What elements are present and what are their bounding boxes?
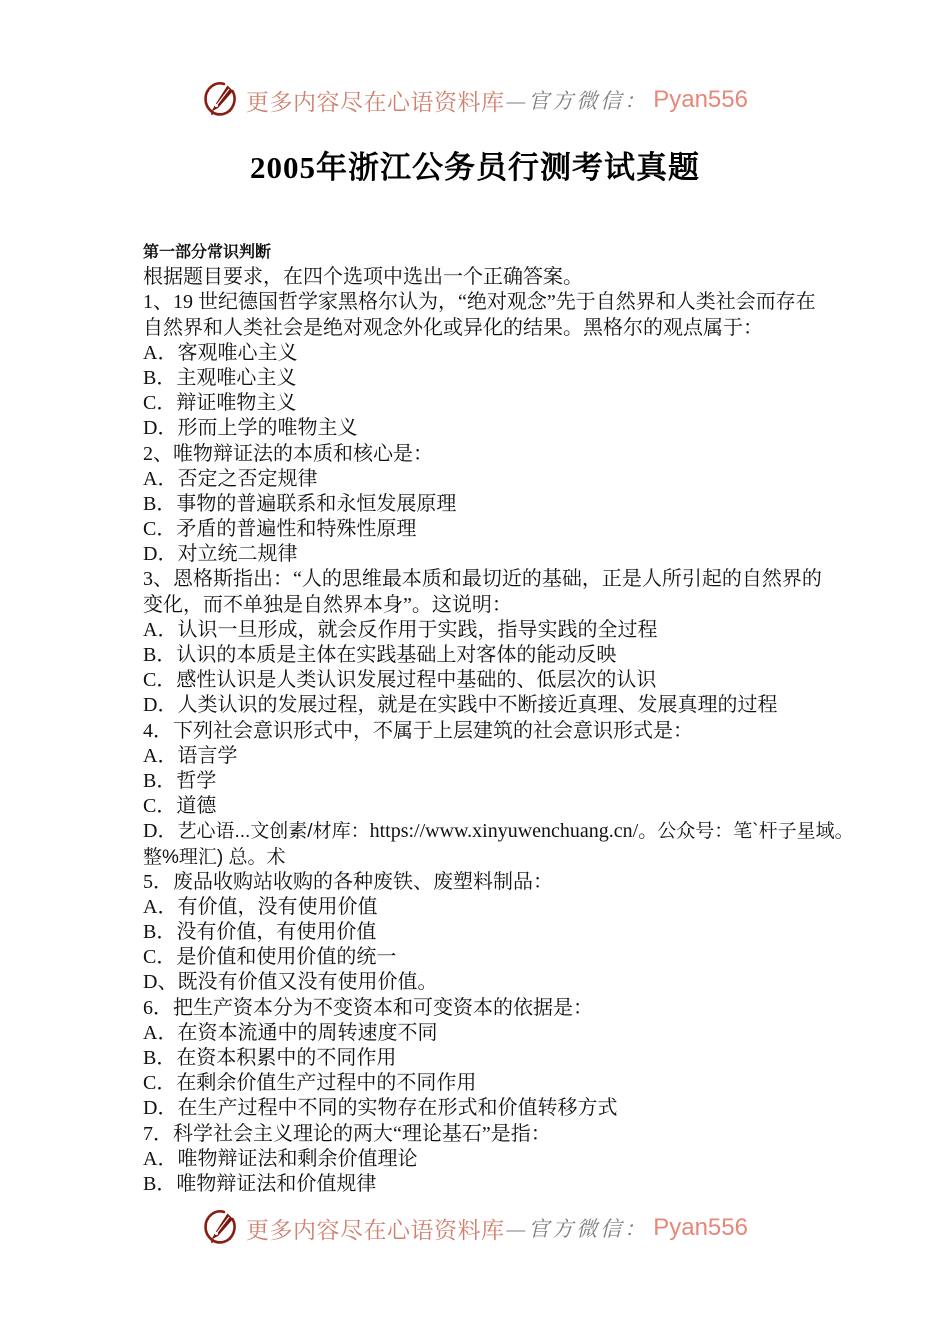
question-3-option-b: B．认识的本质是主体在实践基础上对客体的能动反映	[143, 643, 843, 668]
option-d-url: https://www.xinyuwenchuang.cn/	[370, 820, 639, 842]
watermark-wechat-id: Pyan556	[653, 1214, 748, 1242]
question-1-option-d: D．形而上学的唯物主义	[143, 416, 843, 441]
question-3-stem-line-2: 变化，而不单独是自然界本身”。这说明：	[143, 593, 843, 618]
question-1-option-c: C．辩证唯物主义	[143, 391, 843, 416]
question-3: 3、恩格斯指出：“人的思维最本质和最切近的基础，正是人所引起的自然界的 变化，而…	[143, 567, 843, 718]
question-2-stem: 2、唯物辩证法的本质和核心是：	[143, 442, 843, 467]
question-6-option-a: A．在资本流通中的周转速度不同	[143, 1021, 843, 1046]
question-3-option-a: A．认识一旦形成，就会反作用于实践，指导实践的全过程	[143, 618, 843, 643]
pen-nib-logo-icon	[202, 80, 236, 120]
question-7: 7．科学社会主义理论的两大“理论基石”是指： A．唯物辩证法和剩余价值理论 B．…	[143, 1122, 843, 1198]
question-4-option-d-line-2: 整%理汇) 总。术	[143, 845, 843, 870]
document-page: { "watermark": { "text_main": "更多内容尽在心语资…	[0, 0, 950, 1344]
watermark-text: 更多内容尽在心语资料库	[246, 1212, 505, 1245]
pen-nib-logo-icon	[202, 1208, 236, 1248]
question-4-option-d: D．艺心语...文创素/材库：https://www.xinyuwenchuan…	[143, 819, 843, 844]
question-5-option-a: A．有价值，没有使用价值	[143, 895, 843, 920]
question-5: 5．废品收购站收购的各种废铁、废塑料制品： A．有价值，没有使用价值 B．没有价…	[143, 870, 843, 996]
question-5-stem: 5．废品收购站收购的各种废铁、废塑料制品：	[143, 870, 843, 895]
option-d-spam-text-1: 艺心语...文创素/材库：	[177, 821, 369, 842]
question-5-option-b: B．没有价值，有使用价值	[143, 920, 843, 945]
question-1-option-b: B．主观唯心主义	[143, 366, 843, 391]
page-title: 2005年浙江公务员行测考试真题	[0, 142, 950, 187]
question-2: 2、唯物辩证法的本质和核心是： A．否定之否定规律 B．事物的普遍联系和永恒发展…	[143, 442, 843, 568]
section-heading: 第一部分常识判断	[143, 240, 843, 265]
question-4-stem: 4．下列社会意识形式中，不属于上层建筑的社会意识形式是：	[143, 719, 843, 744]
question-2-option-b: B．事物的普遍联系和永恒发展原理	[143, 492, 843, 517]
question-3-option-d: D．人类认识的发展过程，就是在实践中不断接近真理、发展真理的过程	[143, 693, 843, 718]
question-4-option-a: A．语言学	[143, 744, 843, 769]
question-4: 4．下列社会意识形式中，不属于上层建筑的社会意识形式是： A．语言学 B．哲学 …	[143, 719, 843, 870]
question-4-option-c: C．道德	[143, 794, 843, 819]
question-6-option-b: B．在资本积累中的不同作用	[143, 1046, 843, 1071]
question-1-stem-line-1: 1、19 世纪德国哲学家黑格尔认为，“绝对观念”先于自然界和人类社会而存在	[143, 290, 843, 315]
option-d-prefix: D．	[143, 820, 177, 842]
question-6-option-c: C．在剩余价值生产过程中的不同作用	[143, 1071, 843, 1096]
watermark-wechat-id: Pyan556	[653, 86, 748, 114]
question-1-option-a: A．客观唯心主义	[143, 341, 843, 366]
watermark-wechat-label: —官方微信：	[507, 85, 649, 115]
question-4-option-b: B．哲学	[143, 769, 843, 794]
watermark-header: 更多内容尽在心语资料库 —官方微信： Pyan556	[0, 80, 950, 120]
option-d-spam-text-2: 。公众号：笔`杆子星域。	[638, 821, 853, 842]
question-2-option-d: D．对立统二规律	[143, 542, 843, 567]
watermark-footer: 更多内容尽在心语资料库 —官方微信： Pyan556	[0, 1208, 950, 1248]
question-6-option-d: D．在生产过程中不同的实物存在形式和价值转移方式	[143, 1096, 843, 1121]
question-1-stem-line-2: 自然界和人类社会是绝对观念外化或异化的结果。黑格尔的观点属于：	[143, 316, 843, 341]
watermark-wechat-label: —官方微信：	[507, 1213, 649, 1243]
question-7-stem: 7．科学社会主义理论的两大“理论基石”是指：	[143, 1122, 843, 1147]
section-instruction: 根据题目要求，在四个选项中选出一个正确答案。	[143, 265, 843, 290]
exam-body: 第一部分常识判断 根据题目要求，在四个选项中选出一个正确答案。 1、19 世纪德…	[143, 240, 843, 1197]
question-5-option-c: C．是价值和使用价值的统一	[143, 945, 843, 970]
question-2-option-a: A．否定之否定规律	[143, 467, 843, 492]
question-7-option-a: A．唯物辩证法和剩余价值理论	[143, 1147, 843, 1172]
question-5-option-d: D、既没有价值又没有使用价值。	[143, 970, 843, 995]
watermark-text: 更多内容尽在心语资料库	[246, 84, 505, 117]
question-6-stem: 6．把生产资本分为不变资本和可变资本的依据是：	[143, 996, 843, 1021]
question-3-stem-line-1: 3、恩格斯指出：“人的思维最本质和最切近的基础，正是人所引起的自然界的	[143, 567, 843, 592]
question-1: 1、19 世纪德国哲学家黑格尔认为，“绝对观念”先于自然界和人类社会而存在 自然…	[143, 290, 843, 441]
question-3-option-c: C．感性认识是人类认识发展过程中基础的、低层次的认识	[143, 668, 843, 693]
question-2-option-c: C．矛盾的普遍性和特殊性原理	[143, 517, 843, 542]
question-7-option-b: B．唯物辩证法和价值规律	[143, 1172, 843, 1197]
question-6: 6．把生产资本分为不变资本和可变资本的依据是： A．在资本流通中的周转速度不同 …	[143, 996, 843, 1122]
